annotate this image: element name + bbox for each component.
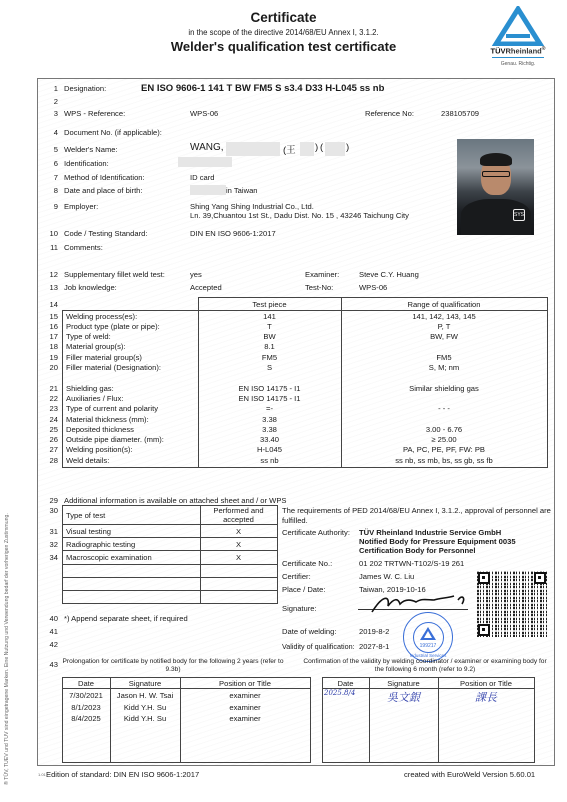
test-piece-value: =- <box>198 404 341 413</box>
method-of-identification-value: ID card <box>190 173 214 182</box>
parameter-label: Filler material group(s) <box>66 353 142 362</box>
table-rule <box>547 297 548 468</box>
wps-reference-label: WPS - Reference: <box>64 109 125 118</box>
test-type: Macroscopic examination <box>66 553 152 562</box>
table-rule <box>62 688 310 689</box>
row-number: 2 <box>44 97 58 106</box>
welder-photo: SYS <box>457 139 534 235</box>
signature-row-signature: 吳文銀 <box>371 689 436 705</box>
test-type: Visual testing <box>66 527 111 536</box>
welder-name-value: WANG, <box>190 142 224 153</box>
prolongation-title: Prolongation for certificate by notified… <box>62 658 284 674</box>
header-position: Position or Title <box>438 679 534 688</box>
parameter-label: Filler material (Designation): <box>66 363 161 372</box>
range-value: S, M; nm <box>341 363 547 372</box>
trademark-side-note: ® TÜV, TUEV und TUV sind eingetragene Ma… <box>4 513 10 785</box>
signature-row-position: examiner <box>180 691 310 700</box>
table-rule <box>310 677 311 763</box>
comments-label: Comments: <box>64 243 103 252</box>
certifier-value: James W. C. Liu <box>359 572 414 581</box>
row-number: 30 <box>44 506 58 515</box>
table-rule <box>62 590 277 591</box>
table-rule <box>62 677 310 678</box>
table-rule <box>277 505 278 604</box>
test-piece-value: 3.38 <box>198 415 341 424</box>
row-number: 34 <box>44 553 58 562</box>
examiner-value: Steve C.Y. Huang <box>359 270 419 279</box>
row-number: 6 <box>44 159 58 168</box>
row-number: 8 <box>44 186 58 195</box>
certificate-no-label: Certificate No.: <box>282 559 332 568</box>
logo-brand: TÜVRheinland® <box>482 46 554 56</box>
welder-name-close2: ) <box>346 142 349 153</box>
test-result: X <box>200 553 277 562</box>
row-number: 7 <box>44 173 58 182</box>
employer-label: Employer: <box>64 202 98 211</box>
row-number: 19 <box>44 353 58 362</box>
row-number: 21 <box>44 384 58 393</box>
range-value: Similar shielding gas <box>341 384 547 393</box>
test-piece-value: FM5 <box>198 353 341 362</box>
test-piece-value: 141 <box>198 312 341 321</box>
birth-label: Date and place of birth: <box>64 186 143 195</box>
row-number: 40 <box>44 614 58 623</box>
identification-label: Identification: <box>64 159 109 168</box>
fillet-weld-test-label: Supplementary fillet weld test: <box>64 270 165 279</box>
testing-standard-value: DIN EN ISO 9606-1:2017 <box>190 229 276 238</box>
row-number: 14 <box>44 300 58 309</box>
row-number: 4 <box>44 128 58 137</box>
authority-label: Certificate Authority: <box>282 528 350 537</box>
tuv-stamp: 199217 Industrial Services <box>403 612 453 662</box>
row-number: 3 <box>44 109 58 118</box>
test-piece-value: BW <box>198 332 341 341</box>
signature-row-signature: Kidd Y.H. Su <box>110 703 180 712</box>
row-number: 5 <box>44 145 58 154</box>
range-value: ss nb, ss mb, bs, ss gb, ss fb <box>341 456 547 465</box>
certificate-no-value: 01 202 TRTWN-T102/S-19 261 <box>359 559 464 568</box>
header-signature: Signature <box>110 679 180 688</box>
header-type-of-test: Type of test <box>66 511 105 520</box>
date-of-welding-value: 2019-8-2 <box>359 627 389 636</box>
test-piece-value: EN ISO 14175 - I1 <box>198 394 341 403</box>
certifier-label: Certifier: <box>282 572 311 581</box>
signature-row-position: examiner <box>180 714 310 723</box>
job-knowledge-label: Job knowledge: <box>64 283 117 292</box>
signature-row-position: 課長 <box>440 689 532 705</box>
test-piece-value: EN ISO 14175 - I1 <box>198 384 341 393</box>
signature-row-position: examiner <box>180 703 310 712</box>
table-rule <box>62 467 547 468</box>
table-rule <box>369 677 370 762</box>
row-number: 32 <box>44 540 58 549</box>
test-piece-value: ss nb <box>198 456 341 465</box>
row-number: 16 <box>44 322 58 331</box>
range-value: PA, PC, PE, PF, FW: PB <box>341 445 547 454</box>
range-value: P, T <box>341 322 547 331</box>
test-piece-value: H-L045 <box>198 445 341 454</box>
table-rule <box>62 762 310 763</box>
employer-name: Shing Yang Shing Industrial Co., Ltd. <box>190 202 314 211</box>
additional-info-text: Additional information is available on a… <box>64 496 286 505</box>
parameter-label: Type of current and polarity <box>66 404 158 413</box>
date-of-welding-label: Date of welding: <box>282 627 336 636</box>
test-piece-value: T <box>198 322 341 331</box>
parameter-label: Deposited thickness <box>66 425 134 434</box>
row-number: 12 <box>44 270 58 279</box>
birth-value: in Taiwan <box>226 186 258 195</box>
welder-name-close: ) <box>315 142 318 153</box>
row-number: 22 <box>44 394 58 403</box>
row-number: 18 <box>44 342 58 351</box>
test-result: X <box>200 527 277 536</box>
table-rule <box>62 505 277 506</box>
validity-value: 2027-8-1 <box>359 642 389 651</box>
row-number: 41 <box>44 627 58 636</box>
row-number: 10 <box>44 229 58 238</box>
welder-chinese-name-open: (王 <box>283 142 296 156</box>
table-rule <box>62 537 277 538</box>
signature-row-date: 2025.8/4 <box>324 689 367 697</box>
header-performed-accepted: Performed and accepted <box>210 506 267 524</box>
row-number: 20 <box>44 363 58 372</box>
row-number: 11 <box>44 243 58 252</box>
validity-label: Validity of qualification: <box>282 642 355 651</box>
employer-address: Ln. 39,Chuantou 1st St., Dadu Dist. No. … <box>190 211 409 220</box>
redacted-given-name <box>226 142 280 156</box>
reference-no-label: Reference No: <box>365 109 414 118</box>
welder-name-open2: ( <box>320 142 323 153</box>
parameter-label: Outside pipe diameter. (mm): <box>66 435 164 444</box>
row-number: 28 <box>44 456 58 465</box>
header-position: Position or Title <box>180 679 310 688</box>
append-note: *) Append separate sheet, if required <box>64 614 188 623</box>
row-number: 15 <box>44 312 58 321</box>
table-rule <box>62 550 277 551</box>
parameter-label: Product type (plate or pipe): <box>66 322 160 331</box>
parameter-label: Material group(s): <box>66 342 126 351</box>
signature-row-date: 8/1/2023 <box>62 703 110 712</box>
parameter-label: Welding process(es): <box>66 312 137 321</box>
signature-label: Signature: <box>282 604 317 613</box>
examiner-label: Examiner: <box>305 270 339 279</box>
row-number: 17 <box>44 332 58 341</box>
footer-edition: Edition of standard: DIN EN ISO 9606-1:2… <box>46 770 199 779</box>
test-piece-value: 8.1 <box>198 342 341 351</box>
row-number: 24 <box>44 415 58 424</box>
table-rule <box>62 603 277 604</box>
redacted-chinese-name <box>300 142 314 156</box>
welder-name-label: Welder's Name: <box>64 145 118 154</box>
row-number: 9 <box>44 202 58 211</box>
job-knowledge-value: Accepted <box>190 283 222 292</box>
footer-created-with: created with EuroWeld Version 5.60.01 <box>404 770 535 779</box>
authority-line-3: Certification Body for Personnel <box>359 546 475 555</box>
table-rule <box>62 564 277 565</box>
table-rule <box>322 677 323 762</box>
reference-no-value: 238105709 <box>441 109 479 118</box>
range-value: 3.00 - 6.76 <box>341 425 547 434</box>
redacted-alias <box>325 142 345 156</box>
test-piece-value: 3.38 <box>198 425 341 434</box>
authority-line-2: Notified Body for Pressure Equipment 003… <box>359 537 516 546</box>
test-type: Radiographic testing <box>66 540 135 549</box>
test-result: X <box>200 540 277 549</box>
row-number: 23 <box>44 404 58 413</box>
method-of-identification-label: Method of Identification: <box>64 173 145 182</box>
test-no-label: Test-No: <box>305 283 333 292</box>
row-number: 43 <box>44 660 58 669</box>
row-number: 31 <box>44 527 58 536</box>
testing-standard-label: Code / Testing Standard: <box>64 229 147 238</box>
parameter-label: Auxiliaries / Flux: <box>66 394 123 403</box>
header-test-piece: Test piece <box>198 300 341 309</box>
header-signature: Signature <box>369 679 438 688</box>
signature-row-date: 8/4/2025 <box>62 714 110 723</box>
row-number: 29 <box>44 496 58 505</box>
test-piece-value: 33.40 <box>198 435 341 444</box>
table-rule <box>322 762 534 763</box>
parameter-label: Welding position(s): <box>66 445 133 454</box>
table-rule <box>198 297 547 298</box>
row-number: 25 <box>44 425 58 434</box>
table-rule <box>322 677 534 678</box>
table-rule <box>62 310 63 467</box>
tuv-triangle-icon <box>482 6 554 46</box>
parameter-label: Type of weld: <box>66 332 111 341</box>
table-rule <box>62 505 63 603</box>
authority-line-1: TÜV Rheinland Industrie Service GmbH <box>359 528 501 537</box>
test-piece-value: S <box>198 363 341 372</box>
table-rule <box>438 677 439 762</box>
range-value: - - - <box>341 404 547 413</box>
parameter-label: Weld details: <box>66 456 109 465</box>
tuv-rheinland-logo: TÜVRheinland® Genau. Richtig. <box>482 6 554 74</box>
designation-value: EN ISO 9606-1 141 T BW FM5 S s3.4 D33 H-… <box>141 83 384 94</box>
row-number: 13 <box>44 283 58 292</box>
place-date-label: Place / Date: <box>282 585 325 594</box>
redacted-identification <box>178 157 232 167</box>
fillet-weld-test-value: yes <box>190 270 202 279</box>
parameter-label: Shielding gas: <box>66 384 114 393</box>
logo-slogan: Genau. Richtig. <box>482 61 554 67</box>
range-value: FM5 <box>341 353 547 362</box>
range-value: BW, FW <box>341 332 547 341</box>
parameter-label: Material thickness (mm): <box>66 415 149 424</box>
redacted-birth-date <box>190 185 226 195</box>
header-date: Date <box>62 679 110 688</box>
row-number: 42 <box>44 640 58 649</box>
test-no-value: WPS-06 <box>359 283 387 292</box>
signature-row-signature: Jason H. W. Tsai <box>110 691 180 700</box>
confirmation-title: Confirmation of the validity by welding … <box>300 658 550 674</box>
document-no-label: Document No. (if applicable): <box>64 128 162 137</box>
signature-row-date: 7/30/2021 <box>62 691 110 700</box>
range-value: ≥ 25.00 <box>341 435 547 444</box>
approval-statement: The requirements of PED 2014/68/EU Annex… <box>282 506 554 525</box>
table-rule <box>534 677 535 763</box>
range-value: 141, 142, 143, 145 <box>341 312 547 321</box>
footer-code: 1.01 <box>38 772 46 777</box>
row-number: 1 <box>44 84 58 93</box>
header-date: Date <box>322 679 369 688</box>
header-range-of-qualification: Range of qualification <box>341 300 547 309</box>
row-number: 27 <box>44 445 58 454</box>
wps-reference-value: WPS-06 <box>190 109 218 118</box>
signature-row-signature: Kidd Y.H. Su <box>110 714 180 723</box>
designation-label: Designation: <box>64 84 106 93</box>
table-rule <box>62 524 277 525</box>
certifier-signature-icon <box>368 592 478 614</box>
row-number: 26 <box>44 435 58 444</box>
table-rule <box>62 577 277 578</box>
